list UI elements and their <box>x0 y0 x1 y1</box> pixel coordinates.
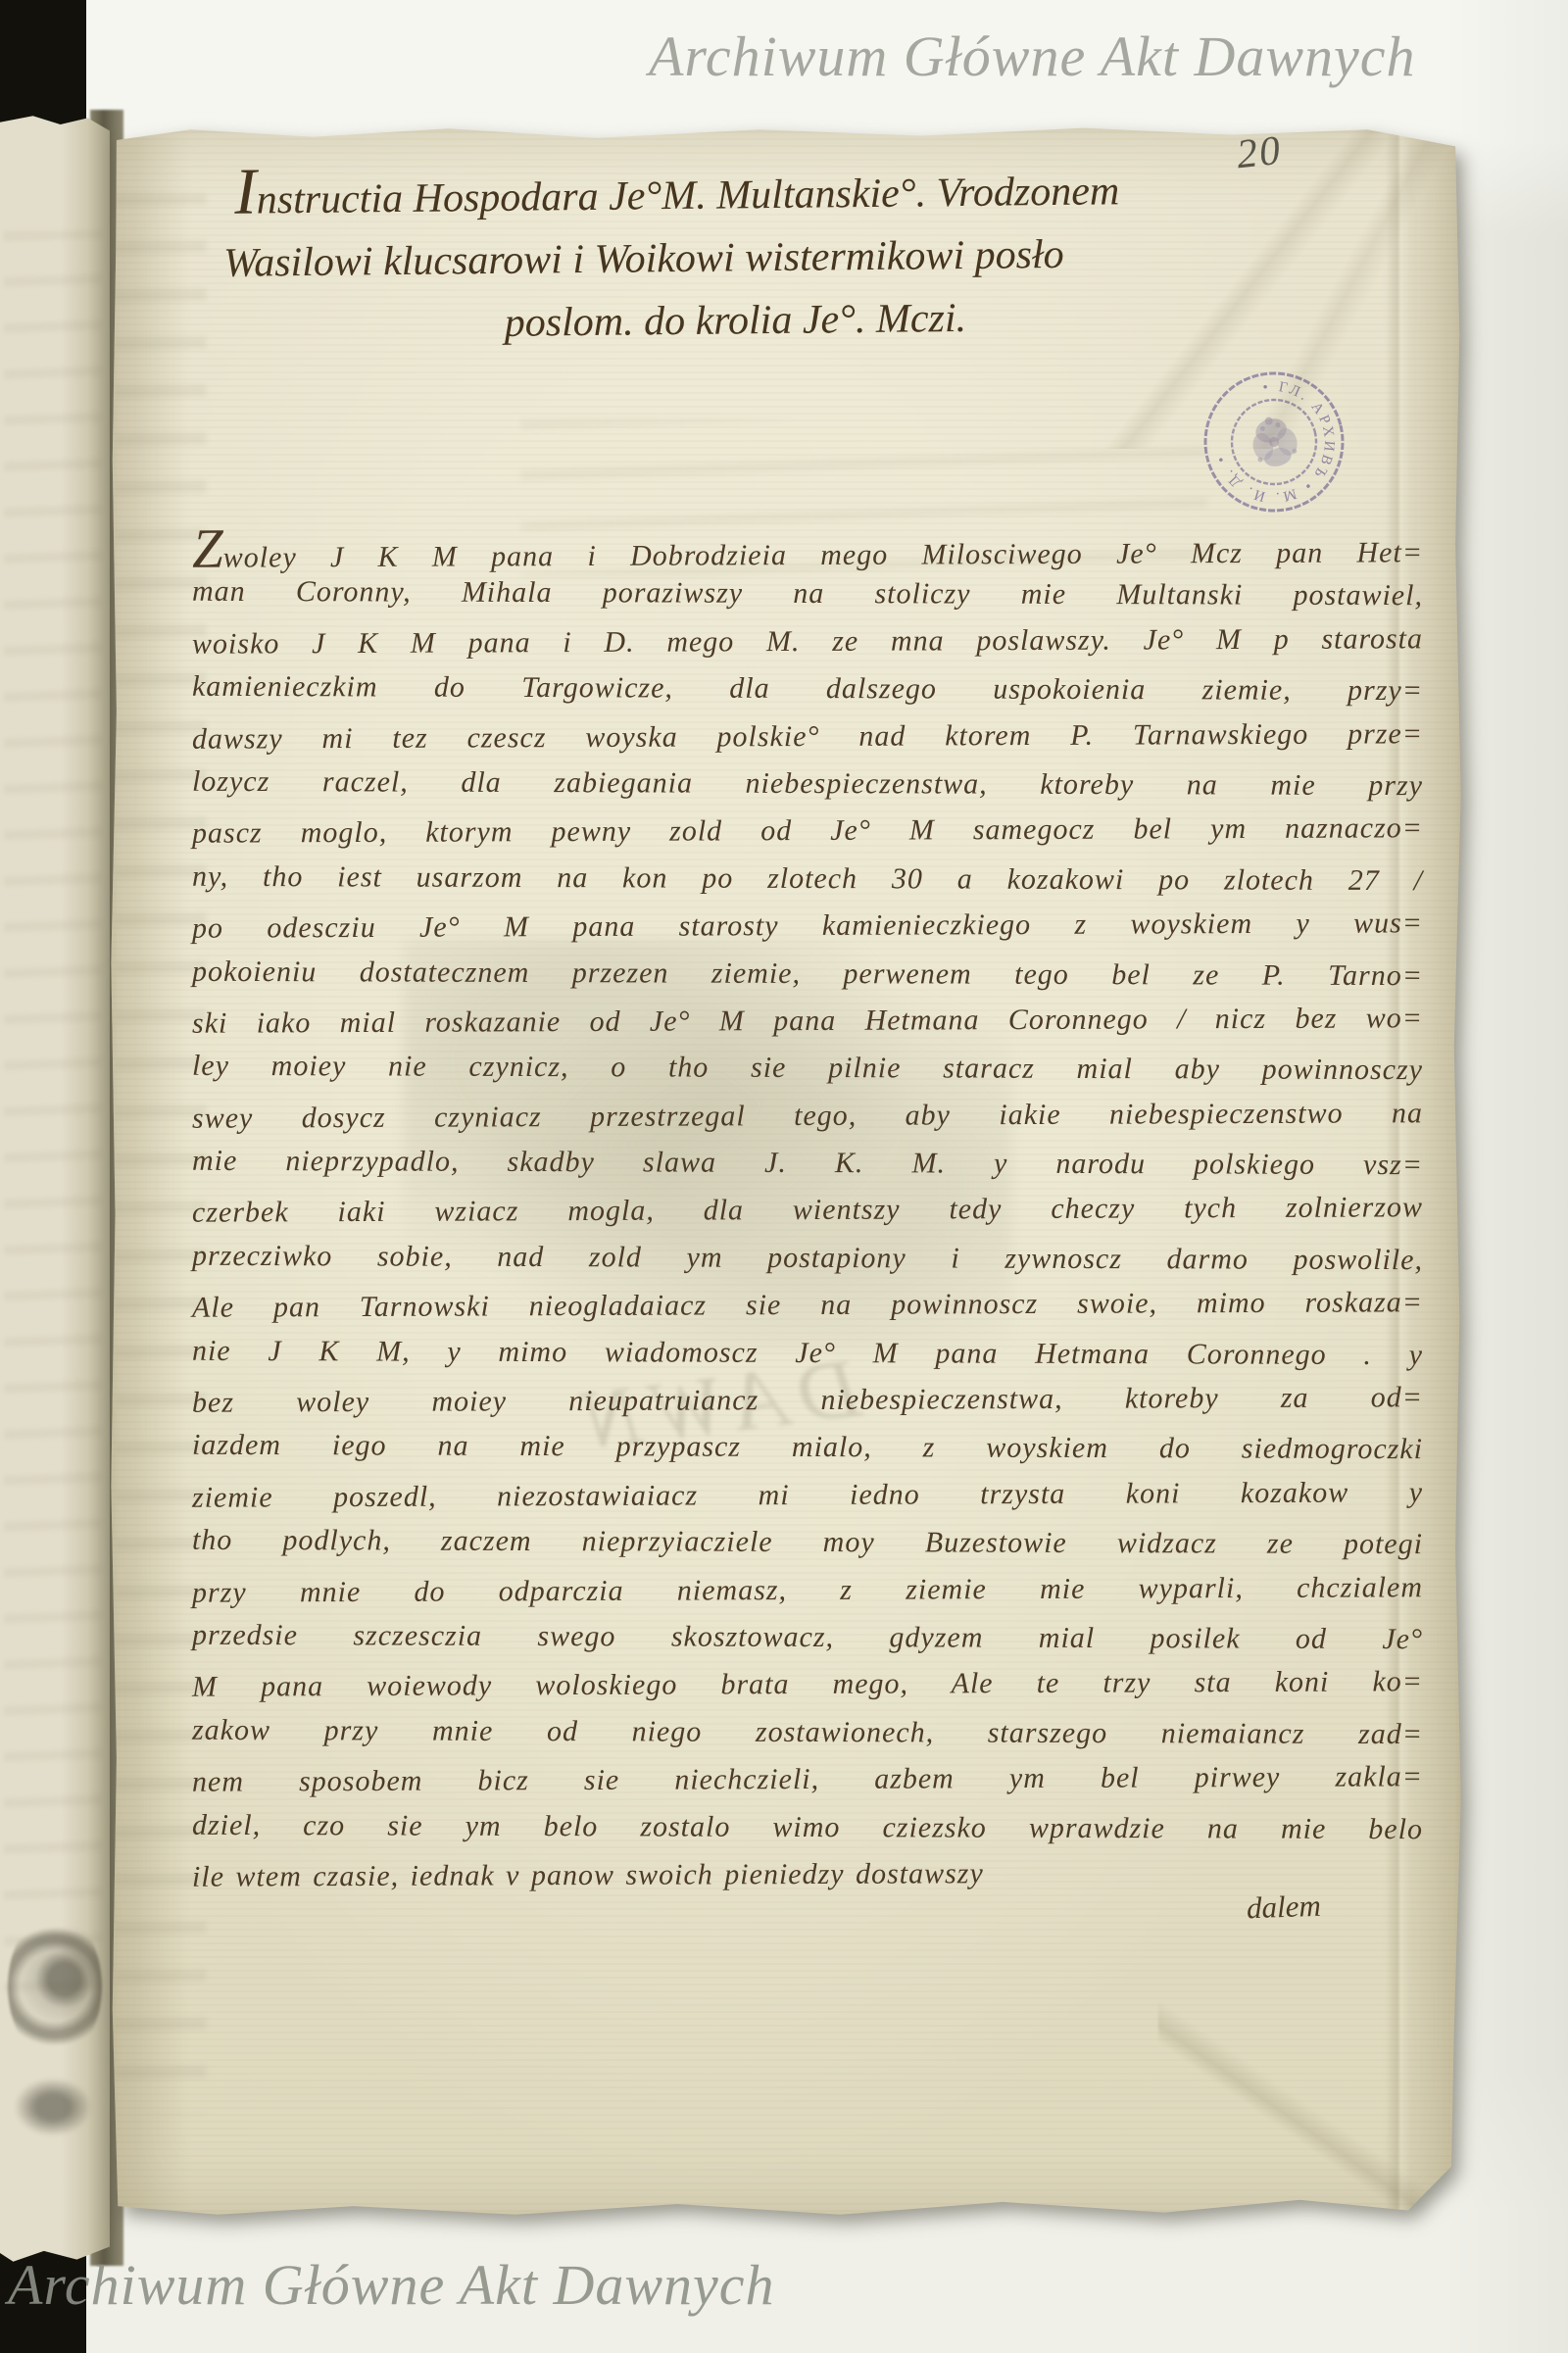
manuscript-line: lozycz raczel, dla zabiegania niebespiec… <box>192 759 1423 810</box>
heading-line: poslom. do krolia Je°. Mczi. <box>223 283 1322 358</box>
manuscript-line: Zwoley J K M pana i Dobrodzieia mego Mil… <box>192 520 1423 573</box>
manuscript-line: pokoieniu dostatecznem przezen ziemie, p… <box>192 948 1423 1000</box>
manuscript-line: pascz moglo, ktorym pewny zold od Je° M … <box>192 806 1423 858</box>
manuscript-line: kamienieczkim do Targowicze, dla dalszeg… <box>192 663 1423 715</box>
manuscript-line: man Coronny, Mihala poraziwszy na stolic… <box>192 568 1423 620</box>
backing-shade <box>1441 0 1568 2353</box>
manuscript-line: ziemie poszedl, niezostawiaiacz mi iedno… <box>192 1469 1423 1522</box>
manuscript-line: przy mnie do odparczia niemasz, z ziemie… <box>192 1564 1423 1617</box>
manuscript-line: ley moiey nie czynicz, o tho sie pilnie … <box>192 1043 1423 1095</box>
manuscript-line: ski iako mial roskazanie od Je° M pana H… <box>192 995 1423 1048</box>
manuscript-line: woisko J K M pana i D. mego M. ze mna po… <box>192 615 1423 668</box>
manuscript-line: swey dosycz czyniacz przestrzegal tego, … <box>192 1090 1423 1143</box>
manuscript-line: nie J K M, y mimo wiadomoscz Je° M pana … <box>192 1327 1423 1379</box>
bottom-right-crease <box>1158 1995 1452 2211</box>
catchword: dalem <box>1246 1888 1321 1927</box>
manuscript-line: dawszy mi tez czescz woyska polskie° nad… <box>192 711 1423 763</box>
wax-seal-remnant <box>8 1913 102 2060</box>
manuscript-line: iazdem iego na mie przypascz mialo, z wo… <box>192 1422 1423 1474</box>
manuscript-line: bez woley moiey nieupatruiancz niebespie… <box>192 1374 1423 1427</box>
document-heading: Instructia Hospodara Je°M. Multanskie°. … <box>222 149 1322 358</box>
manuscript-line: M pana woiewody woloskiego brata mego, A… <box>192 1659 1423 1712</box>
manuscript-line: nem sposobem bicz sie niechczieli, azbem… <box>192 1753 1423 1806</box>
manuscript-line: Ale pan Tarnowski nieogladaiacz sie na p… <box>192 1280 1423 1333</box>
heading-line: Wasilowi klucsarowi i Woikowi wistermiko… <box>223 221 1322 295</box>
manuscript-line: zakow przy mnie od niego zostawionech, s… <box>192 1707 1423 1759</box>
previous-page-text-ghost <box>4 231 102 1995</box>
manuscript-line: dziel, czo sie ym belo zostalo wimo czie… <box>192 1801 1423 1853</box>
manuscript-line: po odescziu Je° M pana starosty kamienie… <box>192 900 1423 953</box>
manuscript-line: tho podlych, zaczem nieprzyiacziele moy … <box>192 1517 1423 1569</box>
archive-watermark-top: Archiwum Główne Akt Dawnych <box>649 24 1416 89</box>
manuscript-line: przecziwko sobie, nad zold ym postapiony… <box>192 1233 1423 1285</box>
stamp-eagle-emblem <box>1247 412 1301 470</box>
manuscript-line: czerbek iaki wziacz mogla, dla wientszy … <box>192 1185 1423 1238</box>
ink-smudge <box>14 2078 92 2136</box>
manuscript-body: Zwoley J K M pana i Dobrodzieia mego Mil… <box>192 523 1423 1898</box>
manuscript-line: mie nieprzypadlo, skadby slawa J. K. M. … <box>192 1138 1423 1190</box>
manuscript-line: ny, tho iest usarzom na kon po zlotech 3… <box>192 854 1423 906</box>
manuscript-line: przedsie szczesczia swego skosztowacz, g… <box>192 1612 1423 1664</box>
archive-watermark-bottom: Archiwum Główne Akt Dawnych <box>8 2252 775 2318</box>
heading-line: Instructia Hospodara Je°M. Multanskie°. … <box>222 149 1321 232</box>
manuscript-line: ile wtem czasie, iednak v panow swoich p… <box>192 1848 1423 1901</box>
